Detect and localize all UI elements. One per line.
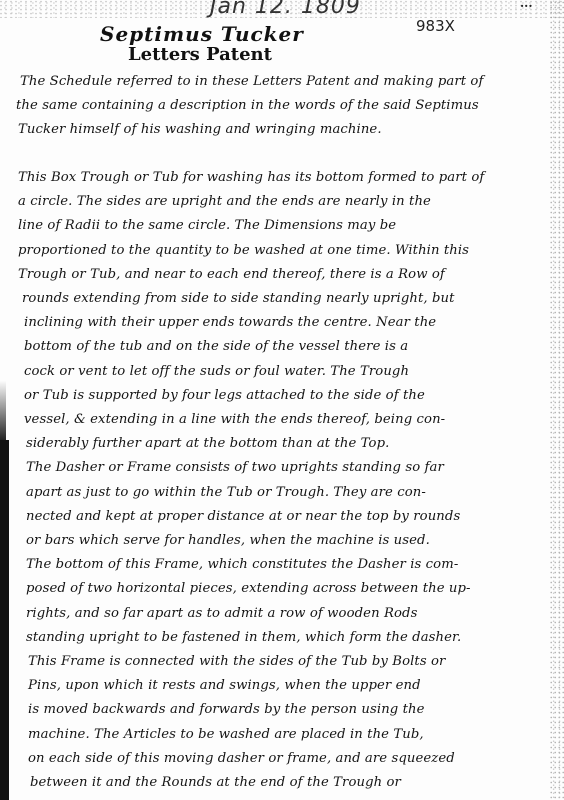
body-line: between it and the Rounds at the end of … [30, 775, 401, 790]
reference-number: 983X [416, 17, 455, 35]
intro-line: the same containing a description in the… [16, 98, 479, 113]
body-line: or bars which serve for handles, when th… [26, 533, 430, 548]
body-line: Trough or Tub, and near to each end ther… [18, 267, 445, 282]
body-line: rounds extending from side to side stand… [22, 291, 455, 306]
body-line: proportioned to the quantity to be washe… [18, 243, 469, 258]
scanned-manuscript-page: Jan 12. 1809 ... 983X Septimus Tucker Le… [0, 0, 564, 800]
scan-border-fade [0, 380, 6, 440]
document-title: Letters Patent [128, 44, 272, 65]
body-line: bottom of the tub and on the side of the… [24, 339, 408, 354]
body-line: The Dasher or Frame consists of two upri… [26, 460, 444, 475]
body-line: apart as just to go within the Tub or Tr… [26, 485, 426, 500]
body-line: is moved backwards and forwards by the p… [28, 702, 425, 717]
scan-noise-right-edge [550, 0, 564, 800]
intro-line: The Schedule referred to in these Letter… [20, 74, 483, 89]
body-line: line of Radii to the same circle. The Di… [18, 218, 396, 233]
scan-left-border [0, 440, 9, 800]
body-line: posed of two horizontal pieces, extendin… [26, 581, 471, 596]
body-line: vessel, & extending in a line with the e… [24, 412, 445, 427]
body-line: or Tub is supported by four legs attache… [24, 388, 425, 403]
body-line: a circle. The sides are upright and the … [18, 194, 431, 209]
date-stamp: Jan 12. 1809 [210, 0, 361, 19]
patentee-name-heading: Septimus Tucker [100, 22, 304, 46]
body-line: The bottom of this Frame, which constitu… [26, 557, 458, 572]
body-line: This Frame is connected with the sides o… [28, 654, 445, 669]
body-line: machine. The Articles to be washed are p… [28, 727, 424, 742]
body-line: on each side of this moving dasher or fr… [28, 751, 455, 766]
body-line: This Box Trough or Tub for washing has i… [18, 170, 484, 185]
body-line: Pins, upon which it rests and swings, wh… [28, 678, 421, 693]
body-line: rights, and so far apart as to admit a r… [26, 606, 417, 621]
body-line: cock or vent to let off the suds or foul… [24, 364, 409, 379]
body-line: inclining with their upper ends towards … [24, 315, 436, 330]
intro-line: Tucker himself of his washing and wringi… [18, 122, 382, 137]
body-line: standing upright to be fastened in them,… [26, 630, 461, 645]
corner-mark: ... [520, 0, 533, 10]
body-line: siderably further apart at the bottom th… [26, 436, 389, 451]
body-line: nected and kept at proper distance at or… [26, 509, 460, 524]
